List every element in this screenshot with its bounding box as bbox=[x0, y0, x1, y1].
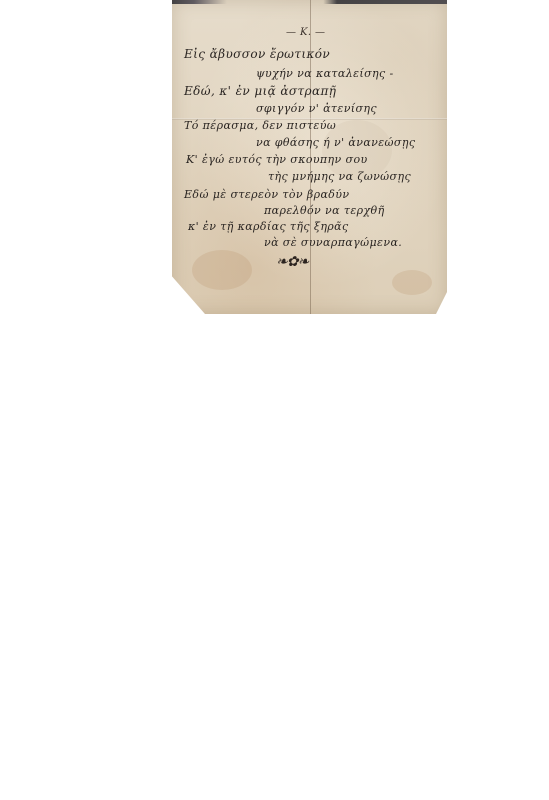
manuscript-sheet: — Κ. — Εἰς ἄβυσσον ἔρωτικόν ψυχήν να κατ… bbox=[172, 0, 447, 314]
poem-line: νὰ σὲ συναρπαγώμενα. bbox=[264, 237, 402, 249]
poem-line: Εἰς ἄβυσσον ἔρωτικόν bbox=[184, 48, 330, 60]
poem-line: να φθάσης ή ν' ἀνανεώσῃς bbox=[256, 137, 415, 149]
poem-line: Εδώ μὲ στερεὸν τὸν βραδύν bbox=[184, 189, 349, 201]
flourish-ornament-icon: ❧✿❧ bbox=[276, 254, 308, 270]
poem-line: Τό πέρασμα, δεν πιστεύω bbox=[184, 120, 336, 132]
poem-line: Εδώ, κ' ἐν μιᾷ ἀστραπῇ bbox=[184, 85, 336, 97]
poem-text: — Κ. — Εἰς ἄβυσσον ἔρωτικόν ψυχήν να κατ… bbox=[172, 0, 447, 314]
poem-line: κ' ἐν τῇ καρδίας τῆς ξηρᾶς bbox=[188, 221, 349, 233]
poem-line: τὴς μνήμης να ζωνώσῃς bbox=[268, 171, 411, 183]
poem-line: σφιγγόν ν' ἀτενίσης bbox=[256, 103, 377, 115]
poem-line: ψυχήν να καταλείσης - bbox=[256, 68, 394, 80]
poem-heading: — Κ. — bbox=[286, 27, 325, 38]
poem-line: παρελθόν να τερχθῆ bbox=[264, 205, 385, 217]
poem-line: Κ' ἐγώ ευτός τὴν σκουπην σου bbox=[186, 154, 368, 166]
